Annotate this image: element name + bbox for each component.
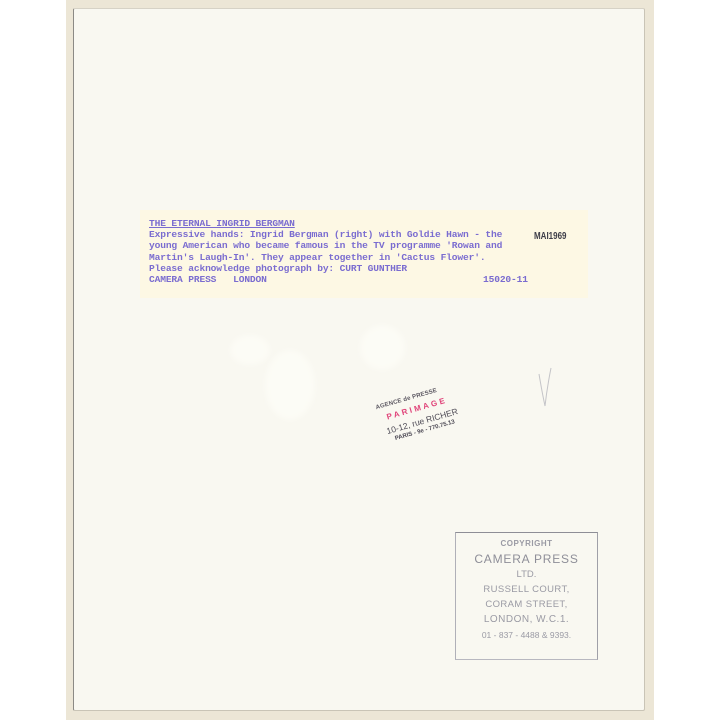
- caption-line: Please acknowledge photograph by: CURT G…: [149, 263, 588, 274]
- copyright-stamp-line: CAMERA PRESS: [456, 552, 597, 566]
- copyright-stamp-line: 01 - 837 - 4488 & 9393.: [456, 630, 597, 640]
- caption-line: young American who became famous in the …: [149, 240, 588, 251]
- copyright-stamp-line: CORAM STREET,: [456, 599, 597, 610]
- copyright-stamp-line: LONDON, W.C.1.: [456, 614, 597, 625]
- caption-line: Martin's Laugh-In'. They appear together…: [149, 252, 588, 263]
- copyright-stamp-line: COPYRIGHT: [456, 539, 597, 548]
- caption-title: THE ETERNAL INGRID BERGMAN: [149, 218, 588, 229]
- caption-reference-number: 15020-11: [483, 274, 528, 285]
- copyright-stamp: COPYRIGHT CAMERA PRESS LTD. RUSSELL COUR…: [455, 532, 598, 660]
- copyright-stamp-line: LTD.: [456, 569, 597, 580]
- show-through-shape: [230, 335, 270, 365]
- caption-bottom-row: CAMERA PRESS LONDON15020-11: [149, 274, 588, 285]
- caption-label: THE ETERNAL INGRID BERGMAN Expressive ha…: [140, 210, 588, 298]
- caption-line: Expressive hands: Ingrid Bergman (right)…: [149, 229, 588, 240]
- pencil-check-mark: [536, 366, 554, 412]
- caption-agency: CAMERA PRESS LONDON: [149, 274, 267, 285]
- date-stamp: MAI1969: [534, 231, 566, 242]
- copyright-stamp-line: RUSSELL COURT,: [456, 584, 597, 595]
- show-through-shape: [265, 350, 315, 420]
- show-through-shape: [360, 325, 405, 370]
